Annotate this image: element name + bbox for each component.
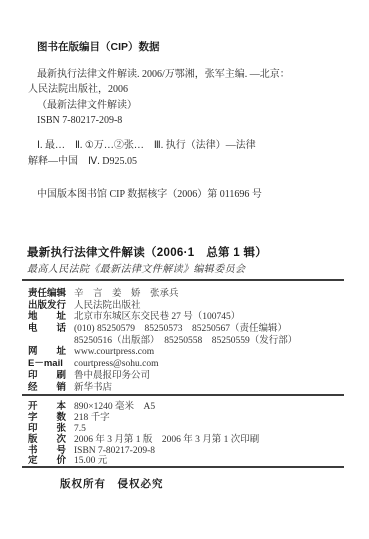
info-row-word-count: 字 数 218 千字 [28, 409, 358, 420]
info-row-phone-2: 85250516（出版部） 85250558 85250559（发行部） [28, 332, 358, 344]
divider-middle [22, 394, 344, 396]
info-label: 经 销 [28, 379, 66, 393]
cip-line-title: 最新执行法律文件解读. 2006/万鄂湘，张军主编. —北京： [28, 67, 350, 83]
info-row-publisher: 出版发行 人民法院出版社 [28, 297, 358, 309]
info-row-address: 地 址 北京市东城区东交民巷 27 号（100745） [28, 308, 358, 320]
cip-data-block: 图书在版编目（CIP）数据 最新执行法律文件解读. 2006/万鄂湘，张军主编.… [28, 40, 350, 203]
info-row-price: 定 价 15.00 元 [28, 452, 358, 463]
cip-line-classification-1: Ⅰ. 最… Ⅱ. ①万…②张… Ⅲ. 执行（法律）—法律 [28, 138, 350, 154]
copyright-notice: 版权所有 侵权必究 [60, 476, 164, 491]
info-label: 电 话 [28, 320, 66, 334]
cip-line-series: （最新法律文件解读） [28, 98, 350, 114]
info-row-format: 开 本 890×1240 毫米 A5 [28, 398, 358, 409]
info-row-editor: 责任编辑 辛 言 姜 娇 张承兵 [28, 285, 358, 297]
info-value: 15.00 元 [74, 452, 107, 466]
cip-line-publisher: 人民法院出版社，2006 [28, 82, 350, 98]
info-value: www.courtpress.com [74, 347, 154, 357]
copyright-page: 图书在版编目（CIP）数据 最新执行法律文件解读. 2006/万鄂湘，张军主编.… [0, 0, 369, 539]
info-value: 2006 年 3 月第 1 版 2006 年 3 月第 1 次印刷 [74, 431, 259, 445]
printing-info: 开 本 890×1240 毫米 A5 字 数 218 千字 印 张 7.5 版 … [28, 398, 358, 463]
info-value: 新华书店 [74, 379, 112, 393]
info-row-distributor: 经 销 新华书店 [28, 379, 358, 391]
info-value: 85250516（出版部） 85250558 85250559（发行部） [74, 332, 297, 346]
divider-bottom [22, 466, 344, 468]
divider-top [22, 279, 344, 281]
cip-line-classification-2: 解释—中国 Ⅳ. D925.05 [28, 154, 350, 170]
cip-registry-number: 中国版本图书馆 CIP 数据核字（2006）第 011696 号 [28, 187, 350, 203]
cip-line-isbn: ISBN 7-80217-209-8 [28, 113, 350, 129]
book-title: 最新执行法律文件解读（2006·1 总第 1 辑） [27, 244, 267, 260]
editor-committee: 最高人民法院《最新法律文件解读》编辑委员会 [27, 260, 245, 275]
info-row-printer: 印 刷 鲁中晨报印务公司 [28, 367, 358, 379]
cip-heading: 图书在版编目（CIP）数据 [37, 40, 350, 56]
info-row-phone: 电 话 (010) 85250579 85250573 85250567（责任编… [28, 320, 358, 332]
publication-info: 责任编辑 辛 言 姜 娇 张承兵 出版发行 人民法院出版社 地 址 北京市东城区… [28, 285, 358, 390]
info-row-edition: 版 次 2006 年 3 月第 1 版 2006 年 3 月第 1 次印刷 [28, 431, 358, 442]
info-label: 定 价 [28, 452, 66, 466]
info-value: 218 千字 [74, 409, 110, 423]
